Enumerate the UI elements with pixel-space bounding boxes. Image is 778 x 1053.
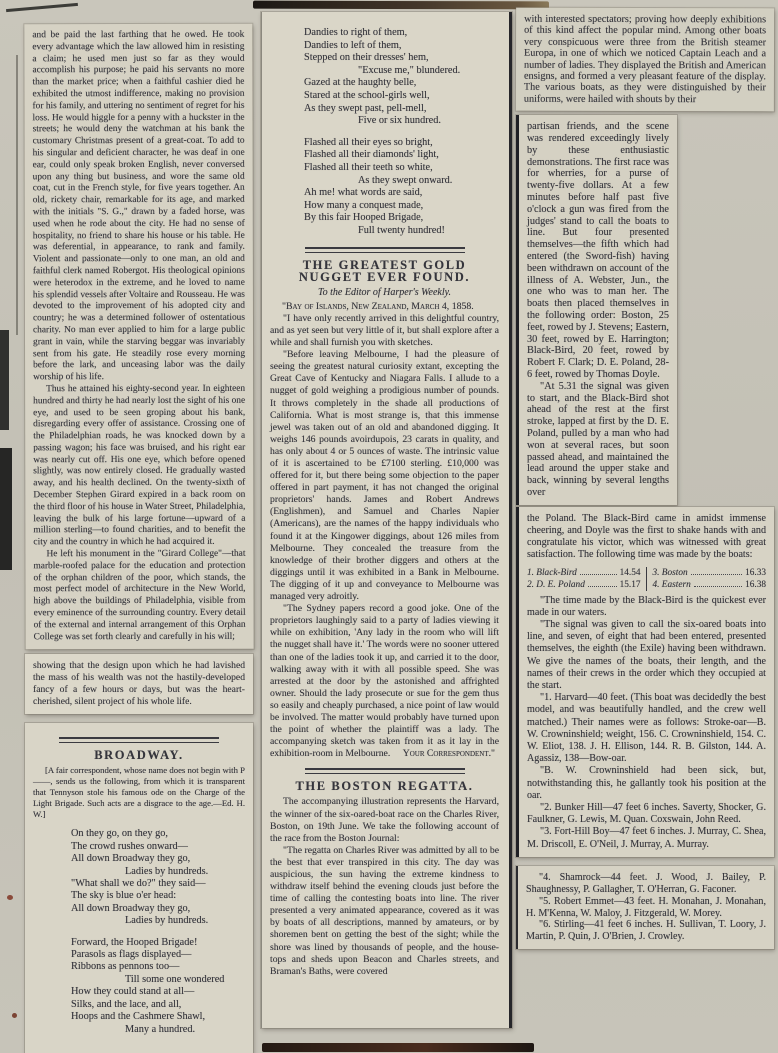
poem-line: Stared at the school-girls well, (270, 90, 499, 103)
poem-line: Till some one wondered (33, 974, 245, 986)
clipping-edge-shadow (16, 55, 18, 335)
results-cell: 3. Boston16.33 (653, 567, 767, 579)
poem-line: On they go, on they go, (33, 828, 245, 840)
poem-line: How many a conquest made, (270, 200, 499, 213)
article-paragraph: "Before leaving Melbourne, I had the ple… (270, 349, 499, 603)
article-paragraph: "1. Harvard—40 feet. (This boat was deci… (527, 692, 766, 765)
poem-line: Ribbons as pennons too— (33, 961, 245, 973)
separator-rule (59, 737, 219, 743)
article-paragraph: "At 5.31 the signal was given to start, … (527, 381, 669, 499)
article-paragraph: partisan friends, and the scene was rend… (527, 121, 669, 381)
poem-line: Ladies by hundreds. (33, 866, 245, 878)
poem-line: By this fair Hooped Brigade, (270, 212, 499, 225)
poem-line: Flashed all their eyes so bright, (270, 137, 499, 150)
dot-leader (691, 574, 742, 575)
poem-stanza: Flashed all their eyes so bright,Flashed… (270, 137, 499, 238)
article-paragraph: the Poland. The Black-Bird came in amids… (527, 513, 766, 562)
page-edge-mark (0, 330, 9, 430)
poem-line: Many a hundred. (33, 1024, 245, 1036)
poem-line: "Excuse me," blundered. (270, 65, 499, 78)
ink-smudge-bottom (262, 1043, 534, 1052)
boat-time: 14.54 (620, 567, 641, 579)
separator-rule (305, 247, 465, 253)
article-paragraph: The accompanying illustration represents… (270, 796, 499, 844)
article-paragraph: "3. Fort-Hill Boy—47 feet 6 inches. J. M… (527, 826, 766, 850)
editor-note: [A fair correspondent, whose name does n… (33, 765, 245, 819)
article-paragraph: "2. Bunker Hill—47 feet 6 inches. Savert… (527, 802, 766, 826)
poem-line: Parasols as flags displayed— (33, 949, 245, 961)
poem-line: Five or six hundred. (270, 115, 499, 128)
poem-stanza: Dandies to right of them,Dandies to left… (270, 27, 499, 128)
article-heading: BROADWAY. (39, 749, 239, 761)
article-paragraph: showing that the design upon which he ha… (33, 660, 245, 708)
poem-line: All down Broadway they go, (33, 903, 245, 915)
corner-fold-mark (6, 3, 78, 12)
column-right: with interested spectators; proving how … (516, 8, 774, 949)
poem-line: Full twenty hundred! (270, 225, 499, 238)
ink-speck (7, 895, 13, 900)
boat-name: 3. Boston (653, 567, 688, 579)
boat-name: 2. D. E. Poland (527, 579, 585, 591)
poem-line: The sky is blue o'er head: (33, 890, 245, 902)
poem-line: Hoops and the Cashmere Shawl, (33, 1011, 245, 1023)
dot-leader (588, 586, 617, 587)
dot-leader (694, 586, 742, 587)
boat-time: 15.17 (620, 579, 641, 591)
column-left: and be paid the last farthing that he ow… (25, 24, 253, 1053)
article-paragraph: "4. Shamrock—44 feet. J. Wood, J. Bailey… (526, 872, 766, 896)
page-edge-mark (0, 448, 12, 570)
poem-line: Silks, and the lace, and all, (33, 999, 245, 1011)
poem-line: "What shall we do?" they said— (33, 878, 245, 890)
poem-line: Dandies to left of them, (270, 40, 499, 53)
girard-article-clipping: and be paid the last farthing that he ow… (24, 24, 253, 650)
article-byline: To the Editor of Harper's Weekly. (270, 287, 499, 299)
article-paragraph: "The time made by the Black-Bird is the … (527, 595, 766, 619)
results-row: 1. Black-Bird14.543. Boston16.33 (527, 567, 766, 579)
poem-line: The crowd rushes onward— (33, 841, 245, 853)
article-paragraph: "6. Stirling—41 feet 6 inches. H. Sulliv… (526, 919, 766, 943)
poem-line: How they could stand at all— (33, 986, 245, 998)
results-cell: 4. Eastern16.38 (653, 579, 767, 591)
article-paragraph: "The Sydney papers record a good joke. O… (270, 603, 499, 760)
poem-stanza: On they go, on they go,The crowd rushes … (33, 828, 245, 927)
poem-line: Flashed all their teeth so white, (270, 162, 499, 175)
article-paragraph: "The regatta on Charles River was admitt… (270, 845, 499, 978)
scrapbook-page: and be paid the last farthing that he ow… (0, 0, 778, 1053)
article-heading: THE BOSTON REGATTA. (276, 780, 493, 792)
poem-line: As they swept onward. (270, 175, 499, 188)
poem-line: Gazed at the haughty belle, (270, 77, 499, 90)
article-paragraph: Thus he attained his eighty-second year.… (33, 384, 245, 550)
boat-name: 1. Black-Bird (527, 567, 577, 579)
article-paragraph: "5. Robert Emmet—43 feet. H. Monahan, J.… (526, 896, 766, 920)
boat-time: 16.38 (745, 579, 766, 591)
poem-line: Ah me! what words are said, (270, 187, 499, 200)
poems-and-articles-clipping: Dandies to right of them,Dandies to left… (261, 12, 512, 1028)
article-paragraph: "I have only recently arrived in this de… (270, 313, 499, 349)
regatta-results-wide-clipping: the Poland. The Black-Bird came in amids… (516, 507, 774, 857)
poem-line: Forward, the Hooped Brigade! (33, 937, 245, 949)
article-paragraph: "B. W. Crowninshield had been sick, but,… (527, 765, 766, 802)
ink-speck (12, 1013, 17, 1018)
poem-line: Flashed all their diamonds' light, (270, 149, 499, 162)
article-paragraph: "The signal was given to call the six-oa… (527, 619, 766, 692)
regatta-continuation-wide-clipping: with interested spectators; proving how … (516, 8, 774, 112)
regatta-boats-4-6-clipping: "4. Shamrock—44 feet. J. Wood, J. Bailey… (516, 866, 774, 949)
article-paragraph: He left his monument in the "Girard Coll… (33, 549, 245, 644)
race-results-table: 1. Black-Bird14.543. Boston16.332. D. E.… (527, 567, 766, 591)
separator-rule (305, 768, 465, 774)
poem-line: Ladies by hundreds. (33, 915, 245, 927)
ink-smudge-top (253, 1, 549, 10)
poem-line: As they swept past, pell-mell, (270, 103, 499, 116)
article-paragraph: and be paid the last farthing that he ow… (32, 30, 245, 384)
results-cell: 1. Black-Bird14.54 (527, 567, 647, 579)
poem-line: All down Broadway they go, (33, 853, 245, 865)
article-paragraph: with interested spectators; proving how … (524, 14, 766, 106)
article-heading: THE GREATEST GOLD NUGGET EVER FOUND. (276, 259, 493, 283)
results-row: 2. D. E. Poland15.174. Eastern16.38 (527, 579, 766, 591)
boat-time: 16.33 (745, 567, 766, 579)
girard-slip-clipping: showing that the design upon which he ha… (25, 654, 253, 714)
column-middle: Dandies to right of them,Dandies to left… (261, 12, 512, 1028)
poem-line: Stepped on their dresses' hem, (270, 52, 499, 65)
poem-line: Dandies to right of them, (270, 27, 499, 40)
poem-stanza: Forward, the Hooped Brigade!Parasols as … (33, 937, 245, 1036)
dot-leader (580, 574, 617, 575)
regatta-first-race-narrow-clipping: partisan friends, and the scene was rend… (516, 115, 677, 505)
broadway-clipping: BROADWAY.[A fair correspondent, whose na… (25, 723, 253, 1053)
article-dateline: "Bay of Islands, New Zealand, March 4, 1… (270, 301, 499, 313)
results-cell: 2. D. E. Poland15.17 (527, 579, 647, 591)
boat-name: 4. Eastern (653, 579, 691, 591)
